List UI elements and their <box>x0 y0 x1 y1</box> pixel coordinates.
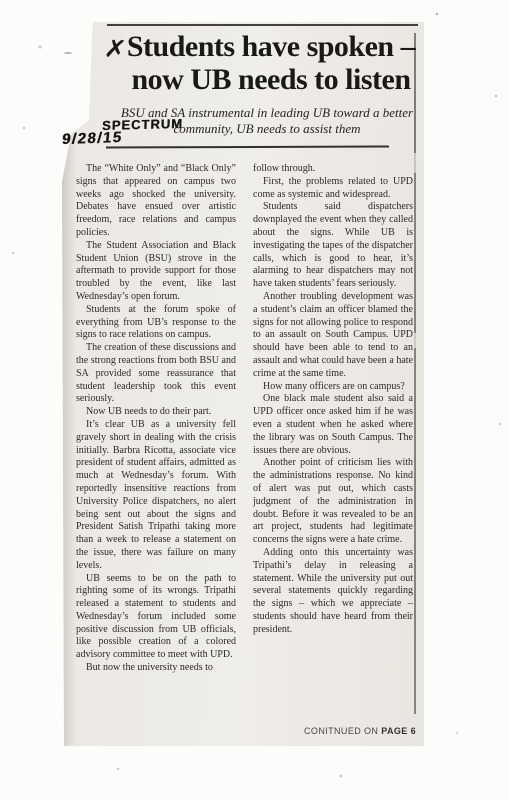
article-paragraph: Adding onto this uncertainty was Tripath… <box>253 547 413 637</box>
article-paragraph: The Student Association and Black Studen… <box>76 240 236 304</box>
article-paragraph: The creation of these discussions and th… <box>76 342 236 406</box>
article-paragraph: It’s clear UB as a university fell grave… <box>76 419 236 573</box>
handwritten-x-mark: ✗ <box>103 36 128 63</box>
article-body: The “White Only” and “Black Only” signs … <box>76 163 414 741</box>
top-border-rule <box>107 24 418 26</box>
article-paragraph: But now the university needs to <box>76 662 236 675</box>
scanned-page: ✗ Students have spoken –now UB needs to … <box>0 0 509 800</box>
article-column-right: follow through.First, the problems relat… <box>253 163 413 741</box>
article-paragraph: follow through. <box>253 163 413 176</box>
continued-label: CONITNUED ON <box>304 726 378 736</box>
article-paragraph: Students at the forum spoke of everythin… <box>76 304 236 342</box>
article-paragraph: The “White Only” and “Black Only” signs … <box>76 163 236 240</box>
article-paragraph: One black male student also said a UPD o… <box>253 393 413 457</box>
article-paragraph: Another point of criticism lies with the… <box>253 457 413 547</box>
article-paragraph: Now UB needs to do their part. <box>76 406 236 419</box>
article-column-left: The “White Only” and “Black Only” signs … <box>76 163 236 741</box>
headline-line-2: now UB needs to listen <box>131 63 410 96</box>
article-paragraph: Another troubling development was a stud… <box>253 291 413 381</box>
article-paragraph: First, the problems related to UPD come … <box>253 176 413 202</box>
headline: Students have spoken –now UB needs to li… <box>100 30 420 96</box>
handwritten-date: 9/28/15 <box>61 129 123 148</box>
subhead-line-2: community, UB needs to assist them <box>173 121 360 136</box>
page-number: PAGE 6 <box>381 726 416 736</box>
article-paragraph: UB seems to be on the path to righting s… <box>76 573 236 663</box>
article-paragraph: Students said dispatchers downplayed the… <box>253 201 413 291</box>
headline-line-1: Students have spoken – <box>127 30 415 63</box>
continued-notice: CONITNUED ON PAGE 6 <box>304 726 416 736</box>
article-paragraph: How many officers are on campus? <box>253 381 413 394</box>
